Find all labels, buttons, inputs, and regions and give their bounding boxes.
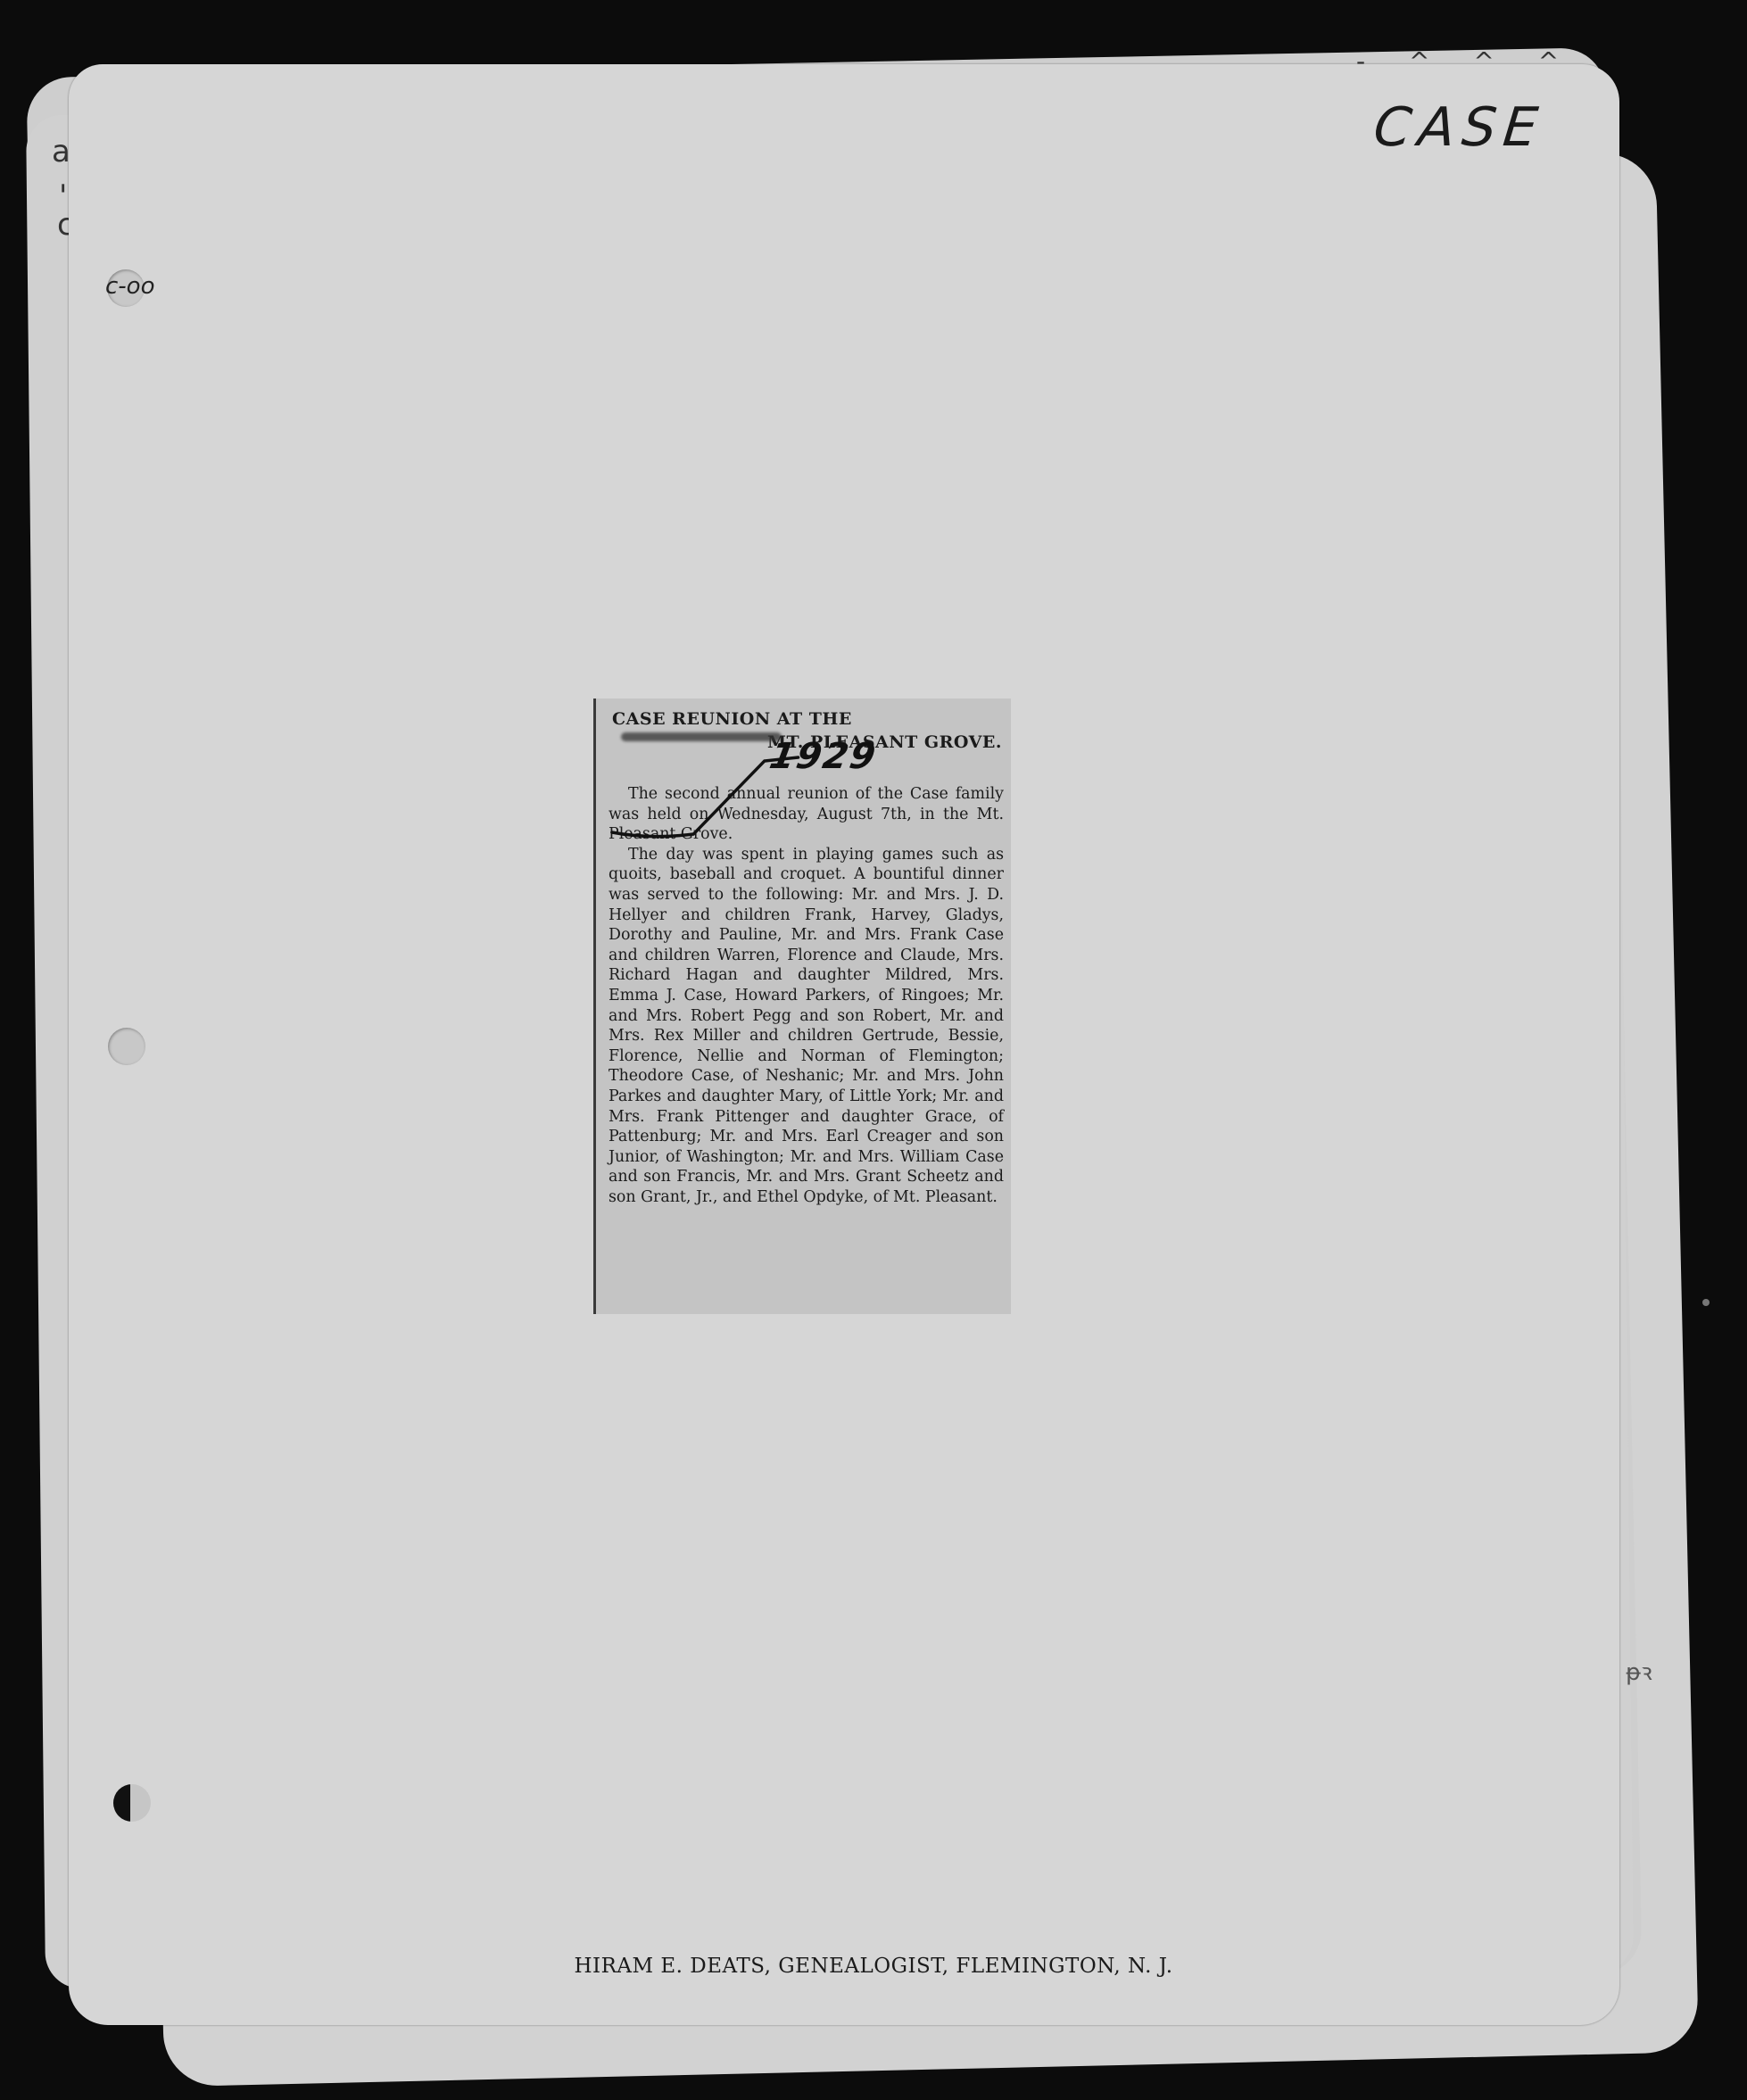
punch-hole-middle <box>108 1028 145 1065</box>
pen-underline <box>621 732 782 741</box>
peek-mark-left-1: a <box>52 134 70 169</box>
handwritten-year: 1929 <box>766 736 880 777</box>
surname-tab-label: CASE <box>1370 96 1547 159</box>
article-body: The second annual reunion of the Case fa… <box>609 784 1004 1207</box>
headline-line-1: CASE REUNION AT THE <box>612 707 1004 731</box>
margin-scribble: ᴄ‑oo <box>105 273 155 300</box>
punch-hole-bottom <box>113 1784 151 1822</box>
peek-mark-right: ᵽꝛ <box>1626 1655 1652 1687</box>
newspaper-clipping: CASE REUNION AT THE MT. PLEASANT GROVE. … <box>593 699 1011 1314</box>
article-paragraph-1: The second annual reunion of the Case fa… <box>609 785 1004 843</box>
article-paragraph-2: The day was spent in playing games such … <box>609 845 1004 1208</box>
genealogist-credit: HIRAM E. DEATS, GENEALOGIST, FLEMINGTON,… <box>0 1955 1747 1978</box>
dust-speck <box>1702 1299 1710 1306</box>
